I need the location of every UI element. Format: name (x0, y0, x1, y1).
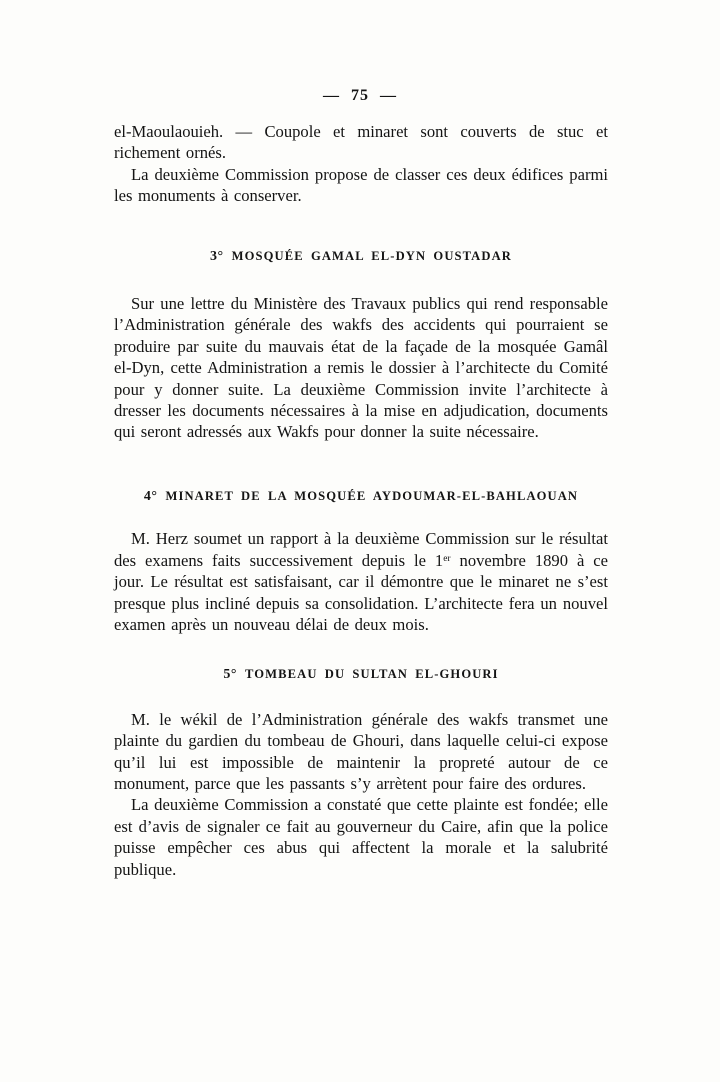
section-title: MINARET DE LA MOSQUÉE AYDOUMAR-EL-BAHLAO… (165, 489, 578, 503)
paragraph-constat-commission: La deuxième Commission a constaté que ce… (114, 794, 608, 880)
ordinal-superscript: er (443, 554, 450, 564)
page-content: el-Maoulaouieh. — Coupole et minaret son… (114, 121, 608, 880)
section-number: 5° (223, 667, 237, 682)
page-number: — 75 — (0, 0, 720, 105)
paragraph-commission-classement: La deuxième Commission propose de classe… (114, 164, 608, 207)
paragraph-rapport-herz: M. Herz soumet un rapport à la deuxième … (114, 528, 608, 635)
paragraph-continuation: el-Maoulaouieh. — Coupole et minaret son… (114, 121, 608, 164)
section-title: MOSQUÉE GAMAL EL-DYN OUSTADAR (232, 249, 512, 263)
scanned-book-page: — 75 — el-Maoulaouieh. — Coupole et mina… (0, 0, 720, 1082)
paragraph-lettre-ministere: Sur une lettre du Ministère des Travaux … (114, 293, 608, 443)
section-heading-tombeau-el-ghouri: 5°TOMBEAU DU SULTAN EL-GHOURI (114, 660, 608, 685)
section-heading-mosquee-gamal-el-dyn: 3°MOSQUÉE GAMAL EL-DYN OUSTADAR (114, 242, 608, 267)
section-number: 3° (210, 249, 224, 264)
section-number: 4° (144, 489, 158, 504)
section-heading-minaret-aydoumar: 4°MINARET DE LA MOSQUÉE AYDOUMAR-EL-BAHL… (114, 482, 608, 507)
paragraph-plainte-gardien: M. le wékil de l’Administration générale… (114, 709, 608, 795)
section-title: TOMBEAU DU SULTAN EL-GHOURI (245, 667, 499, 681)
